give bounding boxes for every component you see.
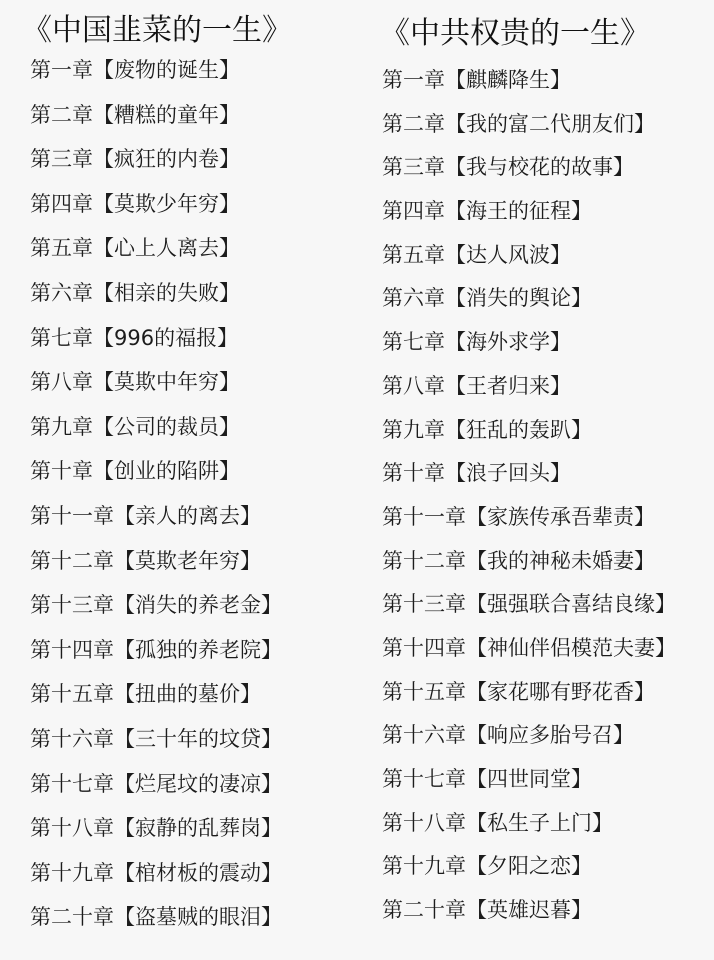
chapter-number: 第二十章 <box>382 898 466 922</box>
chapter-number: 第九章 <box>382 418 445 442</box>
chapter-name: 【消失的养老金】 <box>114 593 282 617</box>
chapter-item: 第十二章【莫欺老年穷】 <box>30 544 282 589</box>
chapter-item: 第十七章【烂尾坟的凄凉】 <box>30 767 282 812</box>
chapter-number: 第十章 <box>382 461 445 485</box>
left-chapter-list: 第一章【废物的诞生】 第二章【糟糕的童年】 第三章【疯狂的内卷】 第四章【莫欺少… <box>30 53 282 945</box>
chapter-number: 第十一章 <box>30 504 114 528</box>
chapter-name: 【浪子回头】 <box>445 461 571 485</box>
chapter-item: 第十五章【扭曲的墓价】 <box>30 677 282 722</box>
chapter-number: 第十四章 <box>382 636 466 660</box>
chapter-name: 【棺材板的震动】 <box>114 861 282 885</box>
chapter-name: 【海外求学】 <box>445 330 571 354</box>
chapter-item: 第十一章【亲人的离去】 <box>30 499 282 544</box>
chapter-number: 第三章 <box>30 147 93 171</box>
chapter-name: 【我与校花的故事】 <box>445 155 634 179</box>
chapter-item: 第八章【王者归来】 <box>382 368 676 412</box>
chapter-item: 第五章【达人风波】 <box>382 237 676 281</box>
chapter-item: 第五章【心上人离去】 <box>30 231 282 276</box>
chapter-name: 【达人风波】 <box>445 243 571 267</box>
chapter-name: 【我的神秘未婚妻】 <box>466 549 655 573</box>
right-chapter-list: 第一章【麒麟降生】 第二章【我的富二代朋友们】 第三章【我与校花的故事】 第四章… <box>382 62 676 936</box>
chapter-number: 第三章 <box>382 155 445 179</box>
chapter-number: 第十章 <box>30 459 93 483</box>
chapter-number: 第十三章 <box>382 592 466 616</box>
chapter-name: 【废物的诞生】 <box>93 58 240 82</box>
chapter-item: 第一章【废物的诞生】 <box>30 53 282 98</box>
chapter-name: 【响应多胎号召】 <box>466 723 634 747</box>
chapter-item: 第十九章【棺材板的震动】 <box>30 856 282 901</box>
chapter-number: 第十一章 <box>382 505 466 529</box>
chapter-name: 【夕阳之恋】 <box>466 854 592 878</box>
chapter-name: 【家族传承吾辈责】 <box>466 505 655 529</box>
chapter-name: 【疯狂的内卷】 <box>93 147 240 171</box>
chapter-item: 第十六章【三十年的坟贷】 <box>30 722 282 767</box>
chapter-name: 【私生子上门】 <box>466 811 613 835</box>
chapter-number: 第十六章 <box>30 727 114 751</box>
chapter-name: 【三十年的坟贷】 <box>114 727 282 751</box>
chapter-name: 【996的福报】 <box>93 326 238 350</box>
chapter-name: 【孤独的养老院】 <box>114 638 282 662</box>
chapter-name: 【莫欺少年穷】 <box>93 192 240 216</box>
chapter-item: 第九章【公司的裁员】 <box>30 410 282 455</box>
chapter-number: 第九章 <box>30 415 93 439</box>
chapter-number: 第七章 <box>382 330 445 354</box>
chapter-number: 第一章 <box>30 58 93 82</box>
chapter-number: 第六章 <box>382 286 445 310</box>
chapter-item: 第十八章【寂静的乱葬岗】 <box>30 811 282 856</box>
chapter-name: 【莫欺中年穷】 <box>93 370 240 394</box>
chapter-number: 第八章 <box>30 370 93 394</box>
chapter-name: 【相亲的失败】 <box>93 281 240 305</box>
chapter-item: 第七章【996的福报】 <box>30 321 282 366</box>
chapter-item: 第三章【我与校花的故事】 <box>382 149 676 193</box>
chapter-item: 第十八章【私生子上门】 <box>382 805 676 849</box>
chapter-number: 第四章 <box>382 199 445 223</box>
chapter-name: 【强强联合喜结良缘】 <box>466 592 676 616</box>
chapter-item: 第十三章【消失的养老金】 <box>30 588 282 633</box>
chapter-name: 【王者归来】 <box>445 374 571 398</box>
chapter-item: 第十二章【我的神秘未婚妻】 <box>382 543 676 587</box>
chapter-number: 第八章 <box>382 374 445 398</box>
chapter-item: 第十四章【孤独的养老院】 <box>30 633 282 678</box>
chapter-name: 【创业的陷阱】 <box>93 459 240 483</box>
chapter-number: 第五章 <box>382 243 445 267</box>
chapter-item: 第十五章【家花哪有野花香】 <box>382 674 676 718</box>
chapter-name: 【麒麟降生】 <box>445 68 571 92</box>
chapter-number: 第十二章 <box>30 549 114 573</box>
chapter-name: 【糟糕的童年】 <box>93 103 240 127</box>
chapter-number: 第十七章 <box>382 767 466 791</box>
chapter-name: 【扭曲的墓价】 <box>114 682 261 706</box>
right-title: 《中共权贵的一生》 <box>380 16 650 52</box>
chapter-item: 第八章【莫欺中年穷】 <box>30 365 282 410</box>
chapter-number: 第十五章 <box>382 680 466 704</box>
chapter-number: 第十四章 <box>30 638 114 662</box>
chapter-name: 【盗墓贼的眼泪】 <box>114 905 282 929</box>
chapter-number: 第十六章 <box>382 723 466 747</box>
chapter-number: 第十三章 <box>30 593 114 617</box>
chapter-number: 第二章 <box>382 112 445 136</box>
chapter-name: 【海王的征程】 <box>445 199 592 223</box>
left-title: 《中国韭菜的一生》 <box>22 13 292 49</box>
chapter-item: 第二章【我的富二代朋友们】 <box>382 106 676 150</box>
chapter-number: 第六章 <box>30 281 93 305</box>
chapter-item: 第十一章【家族传承吾辈责】 <box>382 499 676 543</box>
chapter-number: 第十五章 <box>30 682 114 706</box>
chapter-name: 【心上人离去】 <box>93 236 240 260</box>
chapter-number: 第一章 <box>382 68 445 92</box>
chapter-number: 第十九章 <box>382 854 466 878</box>
chapter-name: 【狂乱的轰趴】 <box>445 418 592 442</box>
chapter-number: 第十九章 <box>30 861 114 885</box>
chapter-item: 第二十章【盗墓贼的眼泪】 <box>30 900 282 945</box>
chapter-item: 第十七章【四世同堂】 <box>382 761 676 805</box>
chapter-number: 第十七章 <box>30 772 114 796</box>
chapter-item: 第一章【麒麟降生】 <box>382 62 676 106</box>
chapter-item: 第十章【创业的陷阱】 <box>30 454 282 499</box>
chapter-number: 第二章 <box>30 103 93 127</box>
chapter-item: 第十四章【神仙伴侣模范夫妻】 <box>382 630 676 674</box>
chapter-number: 第四章 <box>30 192 93 216</box>
chapter-name: 【家花哪有野花香】 <box>466 680 655 704</box>
chapter-number: 第二十章 <box>30 905 114 929</box>
chapter-name: 【四世同堂】 <box>466 767 592 791</box>
chapter-name: 【烂尾坟的凄凉】 <box>114 772 282 796</box>
chapter-name: 【莫欺老年穷】 <box>114 549 261 573</box>
chapter-item: 第四章【莫欺少年穷】 <box>30 187 282 232</box>
chapter-name: 【英雄迟暮】 <box>466 898 592 922</box>
chapter-name: 【神仙伴侣模范夫妻】 <box>466 636 676 660</box>
chapter-item: 第十三章【强强联合喜结良缘】 <box>382 586 676 630</box>
chapter-item: 第九章【狂乱的轰趴】 <box>382 412 676 456</box>
chapter-item: 第四章【海王的征程】 <box>382 193 676 237</box>
chapter-number: 第十八章 <box>382 811 466 835</box>
chapter-item: 第七章【海外求学】 <box>382 324 676 368</box>
chapter-name: 【亲人的离去】 <box>114 504 261 528</box>
chapter-name: 【公司的裁员】 <box>93 415 240 439</box>
chapter-item: 第十九章【夕阳之恋】 <box>382 848 676 892</box>
chapter-name: 【我的富二代朋友们】 <box>445 112 655 136</box>
chapter-item: 第六章【相亲的失败】 <box>30 276 282 321</box>
chapter-item: 第三章【疯狂的内卷】 <box>30 142 282 187</box>
chapter-item: 第二十章【英雄迟暮】 <box>382 892 676 936</box>
chapter-number: 第十二章 <box>382 549 466 573</box>
chapter-number: 第七章 <box>30 326 93 350</box>
chapter-item: 第二章【糟糕的童年】 <box>30 98 282 143</box>
chapter-item: 第十六章【响应多胎号召】 <box>382 717 676 761</box>
chapter-item: 第六章【消失的舆论】 <box>382 280 676 324</box>
chapter-number: 第十八章 <box>30 816 114 840</box>
chapter-name: 【寂静的乱葬岗】 <box>114 816 282 840</box>
chapter-item: 第十章【浪子回头】 <box>382 455 676 499</box>
chapter-name: 【消失的舆论】 <box>445 286 592 310</box>
chapter-number: 第五章 <box>30 236 93 260</box>
